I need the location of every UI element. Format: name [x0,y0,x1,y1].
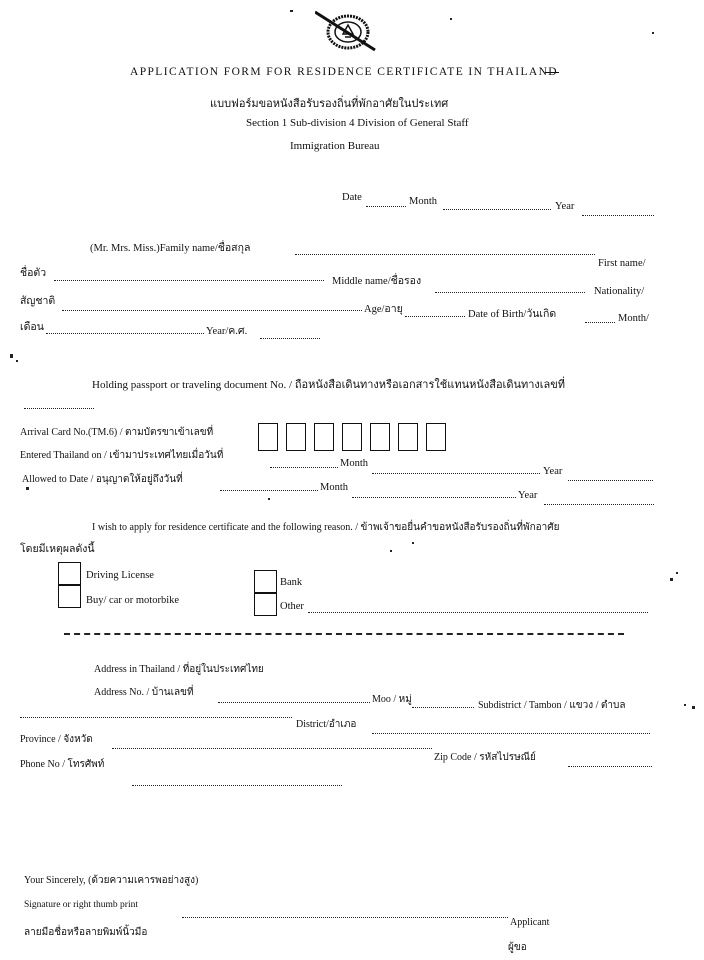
family-name-label: (Mr. Mrs. Miss.)Family name/ชื่อสกุล [90,239,250,256]
entered-year-label: Year [543,466,562,477]
entered-year-field[interactable] [568,480,653,481]
phone-field[interactable] [132,785,342,786]
zip-label: Zip Code / รหัสไปรษณีย์ [434,750,536,765]
month-th-label: เดือน [20,318,44,335]
closing-text: Your Sincerely, (ด้วยความเคารพอย่างสูง) [24,873,198,888]
other-reason-field[interactable] [308,612,648,613]
allowed-month-field[interactable] [352,497,516,498]
province-label: Province / จังหวัด [20,732,93,747]
year-ce-field[interactable] [260,338,320,339]
middle-name-field[interactable] [435,292,585,293]
checkbox-bank[interactable] [254,570,277,593]
allowed-date-field[interactable] [220,490,318,491]
section-heading: Section 1 Sub-division 4 Division of Gen… [246,117,469,129]
first-name-th-label: ชื่อตัว [20,264,46,281]
mark-dash [545,72,559,73]
arrival-card-digit-box[interactable] [314,423,334,451]
royal-thai-police-seal-icon [315,10,377,52]
moo-label: Moo / หมู่ [372,692,412,707]
month-value-field[interactable] [46,333,204,334]
arrival-card-digit-box[interactable] [426,423,446,451]
date-label: Date [342,192,362,203]
dob-field[interactable] [585,322,615,323]
subdistrict-field[interactable] [20,717,292,718]
entered-month-field[interactable] [372,473,540,474]
date-field[interactable] [366,206,406,207]
month-field-label: Month/ [618,313,649,324]
district-field[interactable] [372,733,650,734]
district-label: District/อำเภอ [296,717,356,732]
address-heading: Address in Thailand / ที่อยู่ในประเทศไทย [94,662,264,677]
arrival-card-digit-box[interactable] [370,423,390,451]
checkbox-buy-vehicle[interactable] [58,585,81,608]
option-bank: Bank [280,577,302,588]
allowed-year-label: Year [518,490,537,501]
option-buy-vehicle: Buy/ car or motorbike [86,595,179,606]
month-label: Month [409,196,437,207]
form-title-en: APPLICATION FORM FOR RESIDENCE CERTIFICA… [130,66,558,78]
age-label: Age/อายุ [364,300,403,317]
checkbox-driving-license[interactable] [58,562,81,585]
arrival-card-digit-box[interactable] [286,423,306,451]
form-title-th: แบบฟอร์มขอหนังสือรับรองถิ่นที่พักอาศัยใน… [210,94,448,112]
phone-label: Phone No / โทรศัพท์ [20,757,104,772]
passport-field[interactable] [24,408,94,409]
entered-month-label: Month [340,458,368,469]
month-field[interactable] [443,209,551,210]
family-name-field[interactable] [295,254,595,255]
arrival-card-label: Arrival Card No.(TM.6) / ตามบัตรขาเข้าเล… [20,425,213,440]
zip-field[interactable] [568,766,652,767]
province-field[interactable] [112,748,432,749]
signature-th-label: ลายมือชื่อหรือลายพิมพ์นิ้วมือ [24,925,147,940]
applicant-th-label: ผู้ขอ [508,940,527,955]
moo-field[interactable] [412,707,474,708]
subdistrict-label: Subdistrict / Tambon / แขวง / ตำบล [478,698,625,713]
year-label: Year [555,201,574,212]
arrival-card-digit-box[interactable] [258,423,278,451]
allowed-label: Allowed to Date / อนุญาตให้อยู่ถึงวันที่ [22,472,183,487]
first-name-field[interactable] [54,280,324,281]
year-field[interactable] [582,215,654,216]
checkbox-other[interactable] [254,593,277,616]
reason-intro: I wish to apply for residence certificat… [92,520,560,535]
allowed-month-label: Month [320,482,348,493]
bureau-heading: Immigration Bureau [290,140,380,152]
address-no-label: Address No. / บ้านเลขที่ [94,685,194,700]
other-reason-line-2[interactable] [64,633,624,635]
signature-field[interactable] [182,917,508,918]
year-ce-label: Year/ค.ศ. [206,322,247,339]
address-no-field[interactable] [218,702,370,703]
reason-intro-th: โดยมีเหตุผลดังนี้ [20,540,95,557]
applicant-label: Applicant [510,917,549,928]
nationality-label: Nationality/ [594,286,644,297]
nationality-field[interactable] [62,310,362,311]
option-other: Other [280,601,304,612]
first-name-label: First name/ [598,258,646,269]
passport-label: Holding passport or traveling document N… [92,375,565,393]
middle-name-label: Middle name/ชื่อรอง [332,272,421,289]
arrival-card-digit-box[interactable] [398,423,418,451]
entered-date-field[interactable] [270,467,338,468]
allowed-year-field[interactable] [544,504,654,505]
signature-label: Signature or right thumb print [24,900,138,910]
age-field[interactable] [405,316,465,317]
arrival-card-digit-box[interactable] [342,423,362,451]
option-driving-license: Driving License [86,570,154,581]
dob-label: Date of Birth/วันเกิด [468,305,556,322]
nationality-th-label: สัญชาติ [20,292,55,309]
entered-label: Entered Thailand on / เข้ามาประเทศไทยเมื… [20,448,223,463]
